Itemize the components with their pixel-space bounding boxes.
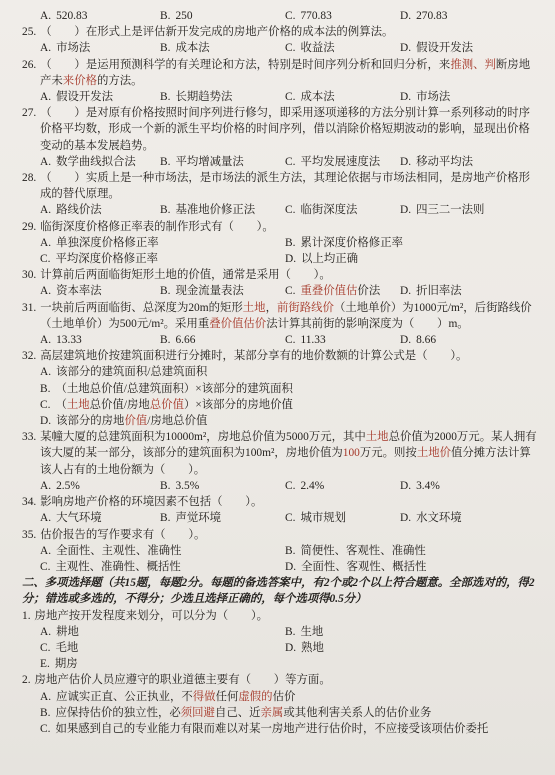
option-label: B. — [160, 285, 170, 297]
option-label: B. — [285, 626, 295, 638]
question-stem: 25.（ ）在形式上是评估新开发完成的房地产价格的成本法的例算法。 — [22, 24, 537, 40]
option-cell: B.声觉环境 — [160, 510, 285, 526]
question-number: 32. — [22, 350, 36, 362]
red-marked-text-segment: 来价格 — [63, 75, 97, 87]
option-cell: B.长期趋势法 — [160, 89, 285, 105]
question-number: 2. — [22, 674, 31, 686]
option-cell: D.折旧率法 — [400, 283, 537, 299]
question-number: 26. — [22, 59, 36, 71]
text-segment: 万元。则按 — [360, 447, 417, 459]
question-number: 30. — [22, 269, 36, 281]
option-label: A. — [40, 10, 51, 22]
options-row: A.单独深度价格修正率B.累计深度价格修正率C.平均深度价格修正率D.以上均正确 — [22, 235, 537, 267]
option-label: C. — [285, 512, 295, 524]
option-label: C. — [285, 204, 295, 216]
text-segment: 该部分的建筑面积/总建筑面积 — [56, 366, 207, 378]
text-segment: 影响房地产价格的环境因素不包括（ ）。 — [40, 496, 262, 508]
option-label: B. — [160, 156, 170, 168]
option-cell: D.四三二一法则 — [400, 202, 537, 218]
option-label: D. — [400, 512, 411, 524]
option-label: B. — [160, 204, 170, 216]
option-cell: B.3.5% — [160, 478, 285, 494]
text-segment: 平均深度价格修正率 — [55, 253, 158, 265]
question-number: 25. — [22, 26, 36, 38]
option-label: C. — [40, 253, 50, 265]
option-label: B. — [160, 42, 170, 54]
red-marked-text-segment: 推测、判 — [450, 59, 496, 71]
option-cell: B.应保持估价的独立性，必须回避自己、近亲属或其他利害关系人的估价业务 — [40, 705, 537, 721]
question-stem: 30.计算前后两面临街矩形土地的价值，通常是采用（ ）。 — [22, 267, 537, 283]
options-row: A.2.5%B.3.5%C.2.4%D.3.4% — [22, 478, 537, 494]
text-segment: 累计深度价格修正率 — [300, 237, 403, 249]
text-segment: 如果感到自己的专业能力有限而难以对某一房地产进行估价时，不应接受该项估价委托 — [55, 723, 488, 735]
question-stem: 28.（ ）实质上是一种市场法，是市场法的派生方法，其理论依据与市场法相同，是房… — [22, 170, 537, 202]
option-label: B. — [160, 10, 170, 22]
option-label: D. — [400, 91, 411, 103]
option-cell: C.如果感到自己的专业能力有限而难以对某一房地产进行估价时，不应接受该项估价委托 — [40, 721, 537, 737]
text-segment: 简便性、客观性、准确性 — [300, 545, 425, 557]
option-label: A. — [40, 237, 51, 249]
option-cell: C.收益法 — [285, 40, 400, 56]
text-segment: 平均增减量法 — [175, 156, 243, 168]
option-cell: D.该部分的房地价值/房地总价值 — [40, 413, 537, 429]
section-heading: 二、多项选择题（共15题，每题2分。每题的备选答案中，有2个或2个以上符合题意。… — [22, 575, 537, 607]
question-stem: 27.（ ）是对原有价格按照时间序列进行修匀，即采用逐项递移的方法分别计算一系列… — [22, 105, 537, 154]
question-number: 1. — [22, 610, 31, 622]
option-cell: B.生地 — [285, 624, 537, 640]
text-segment: 8.66 — [416, 334, 436, 346]
text-segment: 770.83 — [300, 10, 331, 22]
text-segment: 高层建筑地价按建筑面积进行分摊时，某部分享有的地价数额的计算公式是（ ）。 — [40, 350, 467, 362]
text-segment: 临街深度价格修正率表的制作形式有（ ）。 — [40, 221, 274, 233]
question-stem: 31.一块前后两面临街、总深度为20m的矩形土地，前街路线价（土地单价）为100… — [22, 300, 537, 332]
option-cell: C.平均发展速度法 — [285, 154, 400, 170]
red-marked-text-segment: 重叠价值估 — [300, 285, 357, 297]
question-number: 28. — [22, 172, 36, 184]
red-marked-text-segment: 土地 — [366, 431, 389, 443]
option-cell: B.平均增减量法 — [160, 154, 285, 170]
exam-content: A.520.83B.250C.770.83D.270.8325.（ ）在形式上是… — [22, 8, 537, 737]
text-segment: 基准地价修正法 — [175, 204, 255, 216]
option-label: D. — [400, 334, 411, 346]
option-cell: C.毛地 — [40, 640, 285, 656]
option-label: A. — [40, 366, 51, 378]
option-label: D. — [285, 642, 296, 654]
option-label: A. — [40, 91, 51, 103]
text-segment: 城市规划 — [300, 512, 346, 524]
text-segment: 房地产按开发程度来划分，可以分为（ ）。 — [35, 610, 269, 622]
option-label: C. — [40, 561, 50, 573]
option-cell: A.市场法 — [40, 40, 160, 56]
option-label: C. — [40, 399, 50, 411]
option-label: A. — [40, 285, 51, 297]
text-segment: （ ）是运用预测科学的有关理论和方法，特别是时间序列分析和回归分析，来 — [40, 59, 450, 71]
text-segment: ）×该部分的房地价值 — [184, 399, 293, 411]
option-cell: C.重叠价值估价法 — [285, 283, 400, 299]
question-stem: 32.高层建筑地价按建筑面积进行分摊时，某部分享有的地价数额的计算公式是（ ）。 — [22, 348, 537, 364]
text-segment: 成本法 — [175, 42, 209, 54]
text-segment: 临街深度法 — [300, 204, 357, 216]
text-segment: 该部分的房地 — [56, 415, 124, 427]
text-segment: 法计算其前街的影响深度为（ ）m。 — [266, 318, 469, 330]
text-segment: 以上均正确 — [301, 253, 358, 265]
text-segment: 270.83 — [416, 10, 447, 22]
red-marked-text-segment: 土地 — [67, 399, 90, 411]
text-segment: 平均发展速度法 — [300, 156, 380, 168]
red-marked-text-segment: 100 — [343, 447, 360, 459]
text-segment: 总价值/房地 — [90, 399, 150, 411]
option-label: D. — [285, 561, 296, 573]
options-row: A.大气环境B.声觉环境C.城市规划D.水文环境 — [22, 510, 537, 526]
options-row: A.数学曲线拟合法B.平均增减量法C.平均发展速度法D.移动平均法 — [22, 154, 537, 170]
text-segment: 任何 — [216, 691, 239, 703]
red-marked-text-segment: 虚假的 — [238, 691, 272, 703]
option-label: C. — [40, 723, 50, 735]
options-row: A.市场法B.成本法C.收益法D.假设开发法 — [22, 40, 537, 56]
option-cell: C.（土地总价值/房地总价值）×该部分的房地价值 — [40, 397, 537, 413]
option-cell: C.2.4% — [285, 478, 400, 494]
question-number: 31. — [22, 302, 36, 314]
option-cell: A.全面性、主观性、准确性 — [40, 543, 285, 559]
option-cell: D.270.83 — [400, 8, 537, 24]
option-cell: B.简便性、客观性、准确性 — [285, 543, 537, 559]
text-segment: 13.33 — [56, 334, 82, 346]
option-label: A. — [40, 545, 51, 557]
text-segment: 一块前后两面临街、总深度为20m的矩形 — [40, 302, 243, 314]
text-segment: （ ）是对原有价格按照时间序列进行修匀，即采用逐项递移的方法分别计算一系列移动的… — [40, 107, 530, 151]
text-segment: 水文环境 — [416, 512, 462, 524]
text-segment: /房地总价值 — [147, 415, 207, 427]
option-label: D. — [40, 415, 51, 427]
text-segment: 四三二一法则 — [416, 204, 484, 216]
text-segment: 250 — [175, 10, 192, 22]
option-label: B. — [160, 512, 170, 524]
option-cell: B.现金流量表法 — [160, 283, 285, 299]
text-segment: 熟地 — [301, 642, 324, 654]
options-row: A.全面性、主观性、准确性B.简便性、客观性、准确性C.主观性、准确性、概括性D… — [22, 543, 537, 575]
text-segment: 市场法 — [56, 42, 90, 54]
option-cell: D.假设开发法 — [400, 40, 537, 56]
text-segment: 生地 — [300, 626, 323, 638]
text-segment: 自己、近 — [215, 707, 261, 719]
option-cell: D.全面性、客观性、概括性 — [285, 559, 537, 575]
question-stem: 33.某幢大厦的总建筑面积为10000m²，房地总价值为5000万元，其中土地总… — [22, 429, 537, 478]
option-label: D. — [400, 42, 411, 54]
option-label: A. — [40, 204, 51, 216]
option-label: A. — [40, 334, 51, 346]
text-segment: 资本率法 — [56, 285, 102, 297]
text-segment: 计算前后两面临街矩形土地的价值，通常是采用（ ）。 — [40, 269, 330, 281]
option-cell: D.熟地 — [285, 640, 537, 656]
text-segment: 期房 — [55, 658, 78, 670]
text-segment: 耕地 — [56, 626, 79, 638]
red-marked-text-segment: 土地 — [243, 302, 266, 314]
option-cell: E.期房 — [40, 656, 285, 672]
option-cell: B.成本法 — [160, 40, 285, 56]
option-cell: B.累计深度价格修正率 — [285, 235, 537, 251]
option-label: D. — [400, 480, 411, 492]
option-cell: C.平均深度价格修正率 — [40, 251, 285, 267]
text-segment: （ — [55, 399, 66, 411]
red-marked-text-segment: 叠价值估价 — [209, 318, 266, 330]
text-segment: 假设开发法 — [416, 42, 473, 54]
option-label: B. — [40, 383, 50, 395]
option-label: A. — [40, 691, 51, 703]
text-segment: 假设开发法 — [56, 91, 113, 103]
text-segment: 主观性、准确性、概括性 — [55, 561, 180, 573]
option-cell: A.数学曲线拟合法 — [40, 154, 160, 170]
text-segment: 11.33 — [300, 334, 325, 346]
text-segment: 2.5% — [56, 480, 80, 492]
text-segment: 全面性、客观性、概括性 — [301, 561, 426, 573]
text-segment: 2.4% — [300, 480, 324, 492]
option-cell: A.假设开发法 — [40, 89, 160, 105]
options-row: A.应诚实正直、公正执业，不得做任何虚假的估价B.应保持估价的独立性，必须回避自… — [22, 689, 537, 738]
text-segment: 市场法 — [416, 91, 450, 103]
text-segment: 移动平均法 — [416, 156, 473, 168]
option-cell: A.大气环境 — [40, 510, 160, 526]
text-segment: 毛地 — [55, 642, 78, 654]
text-segment: （ ）在形式上是评估新开发完成的房地产价格的成本法的例算法。 — [40, 26, 393, 38]
option-cell: A.2.5% — [40, 478, 160, 494]
option-label: D. — [400, 156, 411, 168]
option-cell: C.770.83 — [285, 8, 400, 24]
question-stem: 35.估价报告的写作要求有（ ）。 — [22, 527, 537, 543]
options-row: A.路线价法B.基准地价修正法C.临街深度法D.四三二一法则 — [22, 202, 537, 218]
option-cell: A.单独深度价格修正率 — [40, 235, 285, 251]
text-segment: 应保持估价的独立性，必 — [55, 707, 180, 719]
text-segment: 收益法 — [300, 42, 334, 54]
red-marked-text-segment: 亲属 — [261, 707, 284, 719]
option-label: A. — [40, 626, 51, 638]
text-segment: 3.5% — [175, 480, 199, 492]
option-cell: C.城市规划 — [285, 510, 400, 526]
option-label: B. — [40, 707, 50, 719]
text-segment: 成本法 — [300, 91, 334, 103]
text-segment: 某幢大厦的总建筑面积为10000m²，房地总价值为5000万元，其中 — [40, 431, 366, 443]
text-segment: 6.66 — [175, 334, 195, 346]
option-label: C. — [285, 42, 295, 54]
option-label: B. — [160, 334, 170, 346]
text-segment: （ ）实质上是一种市场法，是市场法的派生方法，其理论依据与市场法相同，是房地产价… — [40, 172, 530, 200]
question-number: 35. — [22, 529, 36, 541]
option-cell: D.移动平均法 — [400, 154, 537, 170]
option-label: C. — [40, 642, 50, 654]
option-label: B. — [285, 545, 295, 557]
option-cell: C.成本法 — [285, 89, 400, 105]
option-label: B. — [160, 480, 170, 492]
red-marked-text-segment: 土地价 — [417, 447, 451, 459]
text-segment: 或其他利害关系人的估价业务 — [283, 707, 431, 719]
option-cell: C.主观性、准确性、概括性 — [40, 559, 285, 575]
option-label: C. — [285, 334, 295, 346]
option-label: B. — [160, 91, 170, 103]
question-number: 29. — [22, 221, 36, 233]
option-cell: C.11.33 — [285, 332, 400, 348]
option-label: A. — [40, 42, 51, 54]
option-label: A. — [40, 480, 51, 492]
option-cell: D.水文环境 — [400, 510, 537, 526]
text-segment: 大气环境 — [56, 512, 102, 524]
text-segment: 二、多项选择题（共15题，每题2分。每题的备选答案中，有2个或2个以上符合题意。… — [22, 577, 535, 605]
text-segment: 估价 — [273, 691, 296, 703]
option-cell: A.路线价法 — [40, 202, 160, 218]
question-stem: 26.（ ）是运用预测科学的有关理论和方法，特别是时间序列分析和回归分析，来推测… — [22, 57, 537, 89]
option-cell: A.13.33 — [40, 332, 160, 348]
option-label: C. — [285, 91, 295, 103]
red-marked-text-segment: 总价值 — [150, 399, 184, 411]
options-row: A.520.83B.250C.770.83D.270.83 — [22, 8, 537, 24]
option-cell: D.市场法 — [400, 89, 537, 105]
question-number: 27. — [22, 107, 36, 119]
options-row: A.假设开发法B.长期趋势法C.成本法D.市场法 — [22, 89, 537, 105]
question-number: 33. — [22, 431, 36, 443]
text-segment: 全面性、主观性、准确性 — [56, 545, 181, 557]
text-segment: 现金流量表法 — [175, 285, 243, 297]
option-cell: A.该部分的建筑面积/总建筑面积 — [40, 364, 537, 380]
red-marked-text-segment: 价值 — [124, 415, 147, 427]
option-cell: C.临街深度法 — [285, 202, 400, 218]
question-stem: 34.影响房地产价格的环境因素不包括（ ）。 — [22, 494, 537, 510]
text-segment: 房地产估价人员应遵守的职业道德主要有（ ）等方面。 — [35, 674, 331, 686]
question-number: 34. — [22, 496, 36, 508]
option-label: C. — [285, 285, 295, 297]
text-segment: 价法 — [357, 285, 380, 297]
option-label: A. — [40, 156, 51, 168]
option-label: C. — [285, 10, 295, 22]
text-segment: 应诚实正直、公正执业，不 — [56, 691, 193, 703]
option-cell: D.以上均正确 — [285, 251, 537, 267]
text-segment: 数学曲线拟合法 — [56, 156, 136, 168]
option-label: A. — [40, 512, 51, 524]
option-label: E. — [40, 658, 50, 670]
option-cell: A.520.83 — [40, 8, 160, 24]
text-segment: 单独深度价格修正率 — [56, 237, 159, 249]
option-label: B. — [285, 237, 295, 249]
text-segment: 3.4% — [416, 480, 440, 492]
red-marked-text-segment: 须回避 — [181, 707, 215, 719]
option-label: D. — [400, 204, 411, 216]
option-label: D. — [400, 285, 411, 297]
option-cell: B.6.66 — [160, 332, 285, 348]
option-label: D. — [400, 10, 411, 22]
text-segment: 估价报告的写作要求有（ ）。 — [40, 529, 205, 541]
question-stem: 29.临街深度价格修正率表的制作形式有（ ）。 — [22, 219, 537, 235]
option-cell: A.耕地 — [40, 624, 285, 640]
options-row: A.该部分的建筑面积/总建筑面积B.（土地总价值/总建筑面积）×该部分的建筑面积… — [22, 364, 537, 429]
red-marked-text-segment: 前街路线价 — [277, 302, 334, 314]
question-stem: 1.房地产按开发程度来划分，可以分为（ ）。 — [22, 608, 537, 624]
text-segment: 路线价法 — [56, 204, 102, 216]
option-cell: B.（土地总价值/总建筑面积）×该部分的建筑面积 — [40, 381, 537, 397]
text-segment: 长期趋势法 — [175, 91, 232, 103]
option-cell: A.资本率法 — [40, 283, 160, 299]
option-cell: D.3.4% — [400, 478, 537, 494]
text-segment: 折旧率法 — [416, 285, 462, 297]
option-cell: D.8.66 — [400, 332, 537, 348]
scanned-exam-page: A.520.83B.250C.770.83D.270.8325.（ ）在形式上是… — [0, 0, 555, 775]
text-segment: 520.83 — [56, 10, 87, 22]
options-row: A.13.33B.6.66C.11.33D.8.66 — [22, 332, 537, 348]
text-segment: ， — [266, 302, 277, 314]
option-label: C. — [285, 156, 295, 168]
options-row: A.资本率法B.现金流量表法C.重叠价值估价法D.折旧率法 — [22, 283, 537, 299]
option-label: C. — [285, 480, 295, 492]
option-label: D. — [285, 253, 296, 265]
option-cell: B.250 — [160, 8, 285, 24]
option-cell: A.应诚实正直、公正执业，不得做任何虚假的估价 — [40, 689, 537, 705]
options-row: A.耕地B.生地C.毛地D.熟地E.期房 — [22, 624, 537, 673]
text-segment: （土地总价值/总建筑面积）×该部分的建筑面积 — [55, 383, 292, 395]
option-cell: B.基准地价修正法 — [160, 202, 285, 218]
red-marked-text-segment: 得做 — [193, 691, 216, 703]
text-segment: 的方法。 — [97, 75, 143, 87]
text-segment: 声觉环境 — [175, 512, 221, 524]
question-stem: 2.房地产估价人员应遵守的职业道德主要有（ ）等方面。 — [22, 672, 537, 688]
